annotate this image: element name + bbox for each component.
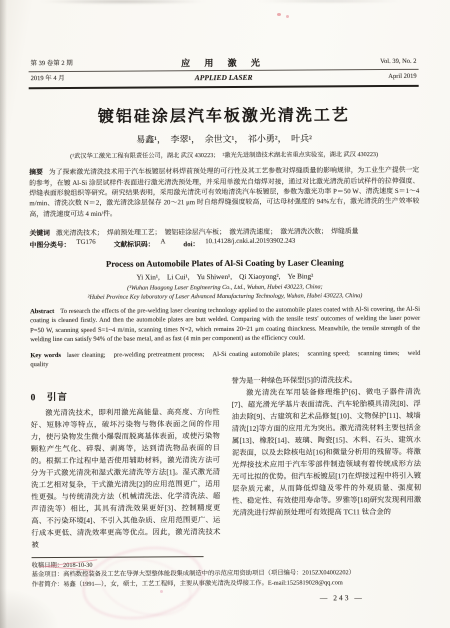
page-content: 第 39 卷第 2 期 应 用 激 光 Vol. 39, No. 2 2019 … [0, 0, 450, 604]
keywords-cn: 关键词激光清洗技术； 焊前预处理工艺； 镀铝硅涂层汽车板； 激光清洗速度； 激光… [30, 225, 420, 237]
affiliation-en-line2: ²Hubei Province Key laboratory of Laser … [30, 292, 420, 303]
scanned-paper-page: 第 39 卷第 2 期 应 用 激 光 Vol. 39, No. 2 2019 … [0, 0, 450, 628]
intro-paragraph-left: 激光清洗技术，即利用激光高能量、高亮度、方向性好、短脉冲等特点，破坏污染物与物体… [31, 406, 221, 551]
issue-date-cn: 2019 年 4 月 [29, 73, 139, 86]
red-ink-dot [286, 15, 289, 18]
right-column: 誉为是一种绿色环保型[5]的清洗技术。 激光清洗在军用装备修理维护[6]、微电子… [231, 374, 421, 550]
keywords-text-cn: 激光清洗技术； 焊前预处理工艺； 镀铝硅涂层汽车板； 激光清洗速度； 激光清洗次… [56, 228, 358, 237]
issue-number: 第 39 卷第 2 期 [29, 58, 139, 71]
journal-header: 第 39 卷第 2 期 应 用 激 光 Vol. 39, No. 2 2019 … [29, 56, 419, 90]
affiliation-cn: (¹武汉华工激光工程有限责任公司，湖北 武汉 430223； ²激光先进制造技术… [29, 149, 419, 160]
header-rule [29, 85, 419, 90]
scan-edge-shadow [0, 0, 7, 628]
abstract-cn: 摘要为了探索激光清洗技术用于汽车板镀层材料焊前预处理的可行性及其工艺参数对焊缝质… [29, 166, 419, 220]
doi-value: 10.14128/j.cnki.al.20193902.243 [205, 238, 295, 249]
abstract-label-cn: 摘要 [29, 170, 43, 177]
doi-label: doi： [183, 238, 199, 248]
abstract-text-cn: 为了探索激光清洗技术用于汽车板镀层材料焊前预处理的可行性及其工艺参数对焊缝质量的… [29, 167, 419, 218]
pink-ink-dot [160, 590, 163, 593]
journal-title-en: APPLIED LASER [139, 71, 309, 84]
abstract-text-en: To research the effects of the pre-weldi… [30, 305, 420, 343]
classification-line: 中图分类号： TG176 文献标识码： A doi： 10.14128/j.cn… [30, 237, 420, 249]
article-title-cn: 镀铝硅涂层汽车板激光清洗工艺 [29, 102, 419, 127]
pink-ink-dot [243, 580, 245, 582]
clc-value: TG176 [76, 239, 95, 249]
doc-code-label: 文献标识码： [114, 239, 155, 249]
issue-date-en: April 2019 [309, 71, 419, 84]
keywords-text-en: laser cleaning; pre-welding pretreatment… [30, 350, 420, 369]
abstract-label-en: Abstract [30, 308, 54, 315]
section-heading-introduction: 0 引言 [31, 388, 220, 403]
affiliation-en: (¹Wuhan Huagong Laser Engineering Co., L… [30, 283, 420, 303]
keywords-en: Key wordslaser cleaning; pre-welding pre… [30, 349, 420, 370]
article-title-en: Process on Automobile Plates of Al-Si Co… [30, 257, 420, 269]
clc-label: 中图分类号： [30, 239, 71, 249]
doc-code-value: A [160, 239, 165, 249]
authors-cn: 易鑫¹， 李翠¹， 余世文¹， 祁小勇²， 叶兵² [29, 131, 419, 146]
left-column: 0 引言 激光清洗技术，即利用激光高能量、高亮度、方向性好、短脉冲等特点，破坏污… [30, 375, 220, 551]
body-columns: 0 引言 激光清洗技术，即利用激光高能量、高亮度、方向性好、短脉冲等特点，破坏污… [30, 374, 421, 551]
keywords-label-en: Key words [30, 352, 61, 359]
keywords-label-cn: 关键词 [30, 230, 50, 237]
abstract-en: AbstractTo research the effects of the p… [30, 304, 420, 344]
authors-en: Yi Xin¹, Li Cui¹, Yu Shiwen¹, Qi Xiaoyon… [30, 271, 420, 283]
scan-smudge [255, 0, 405, 3]
scan-smudge [0, 588, 60, 628]
volume-number: Vol. 39, No. 2 [309, 56, 419, 69]
red-ink-dot [277, 13, 281, 16]
journal-title-cn: 应 用 激 光 [139, 56, 309, 69]
intro-paragraph-right: 激光清洗在军用装备修理维护[6]、微电子器件清洗[7]、超光滑光学基片表面清洗、… [232, 386, 422, 519]
scan-smudge [38, 0, 208, 4]
